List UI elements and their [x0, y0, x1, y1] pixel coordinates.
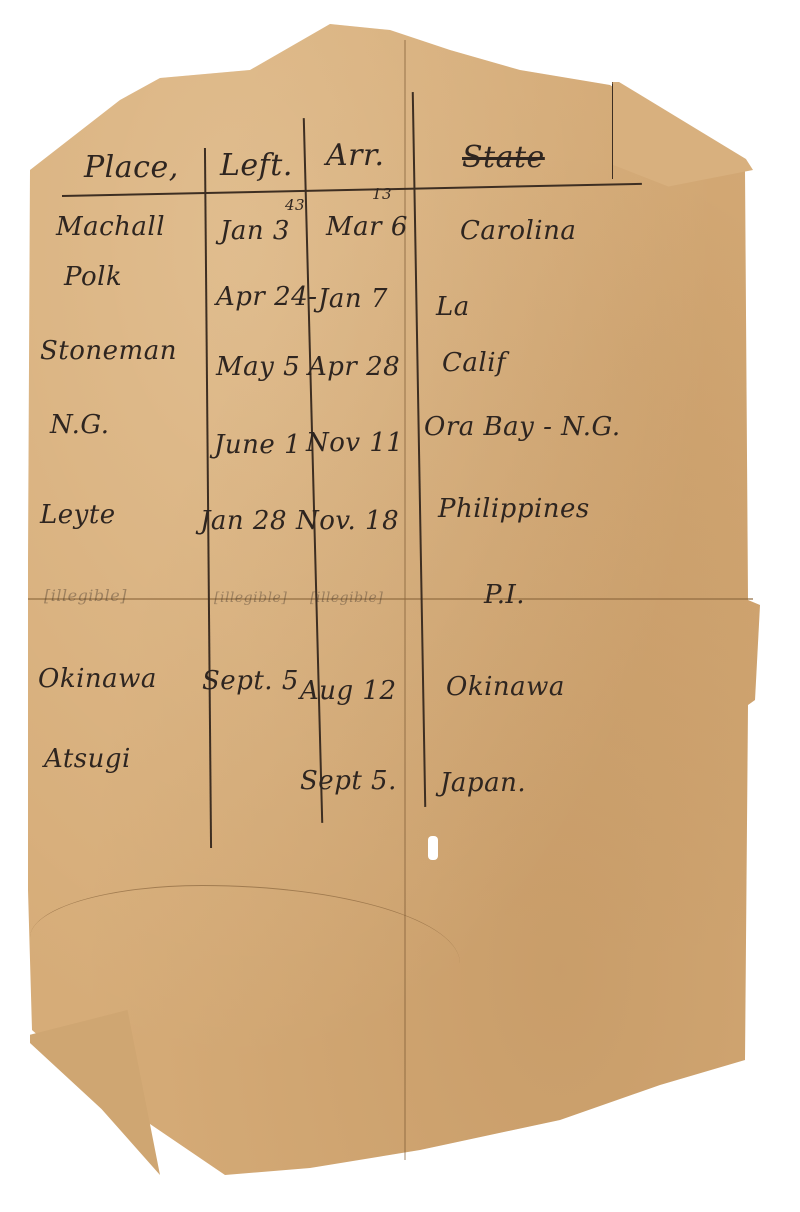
- arr-year-annotation: 13: [372, 185, 392, 203]
- row-4-state: Ora Bay - N.G.: [424, 412, 621, 442]
- row-6-left: [illegible]: [214, 590, 287, 606]
- horizontal-tear: [28, 598, 753, 600]
- header-place: Place,: [84, 150, 179, 185]
- row-3-state: Calif: [442, 348, 506, 378]
- row-8-state: Japan.: [440, 768, 526, 798]
- fold-edge-line: [612, 84, 613, 179]
- row-7-state: Okinawa: [446, 672, 565, 702]
- row-4-arr: Nov 11: [306, 428, 403, 458]
- row-2-left: Apr 24-: [216, 282, 317, 312]
- row-5-state: Philippines: [438, 494, 590, 524]
- row-5-place: Leyte: [40, 500, 116, 530]
- paper-hole: [428, 836, 438, 860]
- row-4-place: N.G.: [50, 410, 109, 440]
- row-3-left: May 5: [216, 352, 300, 382]
- header-arr: Arr.: [326, 138, 385, 173]
- row-8-arr: Sept 5.: [300, 766, 397, 796]
- header-state: State: [462, 140, 545, 175]
- row-2-arr: Jan 7: [318, 284, 388, 314]
- row-1-state: Carolina: [460, 216, 576, 246]
- row-5-left: Jan 28: [200, 506, 287, 536]
- row-8-place: Atsugi: [44, 744, 131, 774]
- row-3-place: Stoneman: [40, 336, 177, 366]
- row-1-left: Jan 3: [220, 216, 290, 246]
- row-7-place: Okinawa: [38, 664, 157, 694]
- row-6-state: P.I.: [484, 580, 525, 610]
- row-4-left: June 1: [214, 430, 301, 460]
- row-7-arr: Aug 12: [300, 676, 397, 706]
- row-7-left: Sept. 5: [202, 666, 299, 696]
- row-6-arr: [illegible]: [310, 590, 383, 606]
- row-1-arr: Mar 6: [326, 212, 408, 242]
- row-2-state: La: [436, 292, 470, 322]
- left-year-annotation: 43: [285, 196, 305, 214]
- row-1-place: Machall: [56, 212, 165, 242]
- row-2-place: Polk: [64, 262, 122, 292]
- row-3-arr: Apr 28: [308, 352, 400, 382]
- row-6-place: [illegible]: [44, 586, 127, 605]
- row-5-arr: Nov. 18: [296, 506, 399, 536]
- header-left: Left.: [220, 148, 293, 183]
